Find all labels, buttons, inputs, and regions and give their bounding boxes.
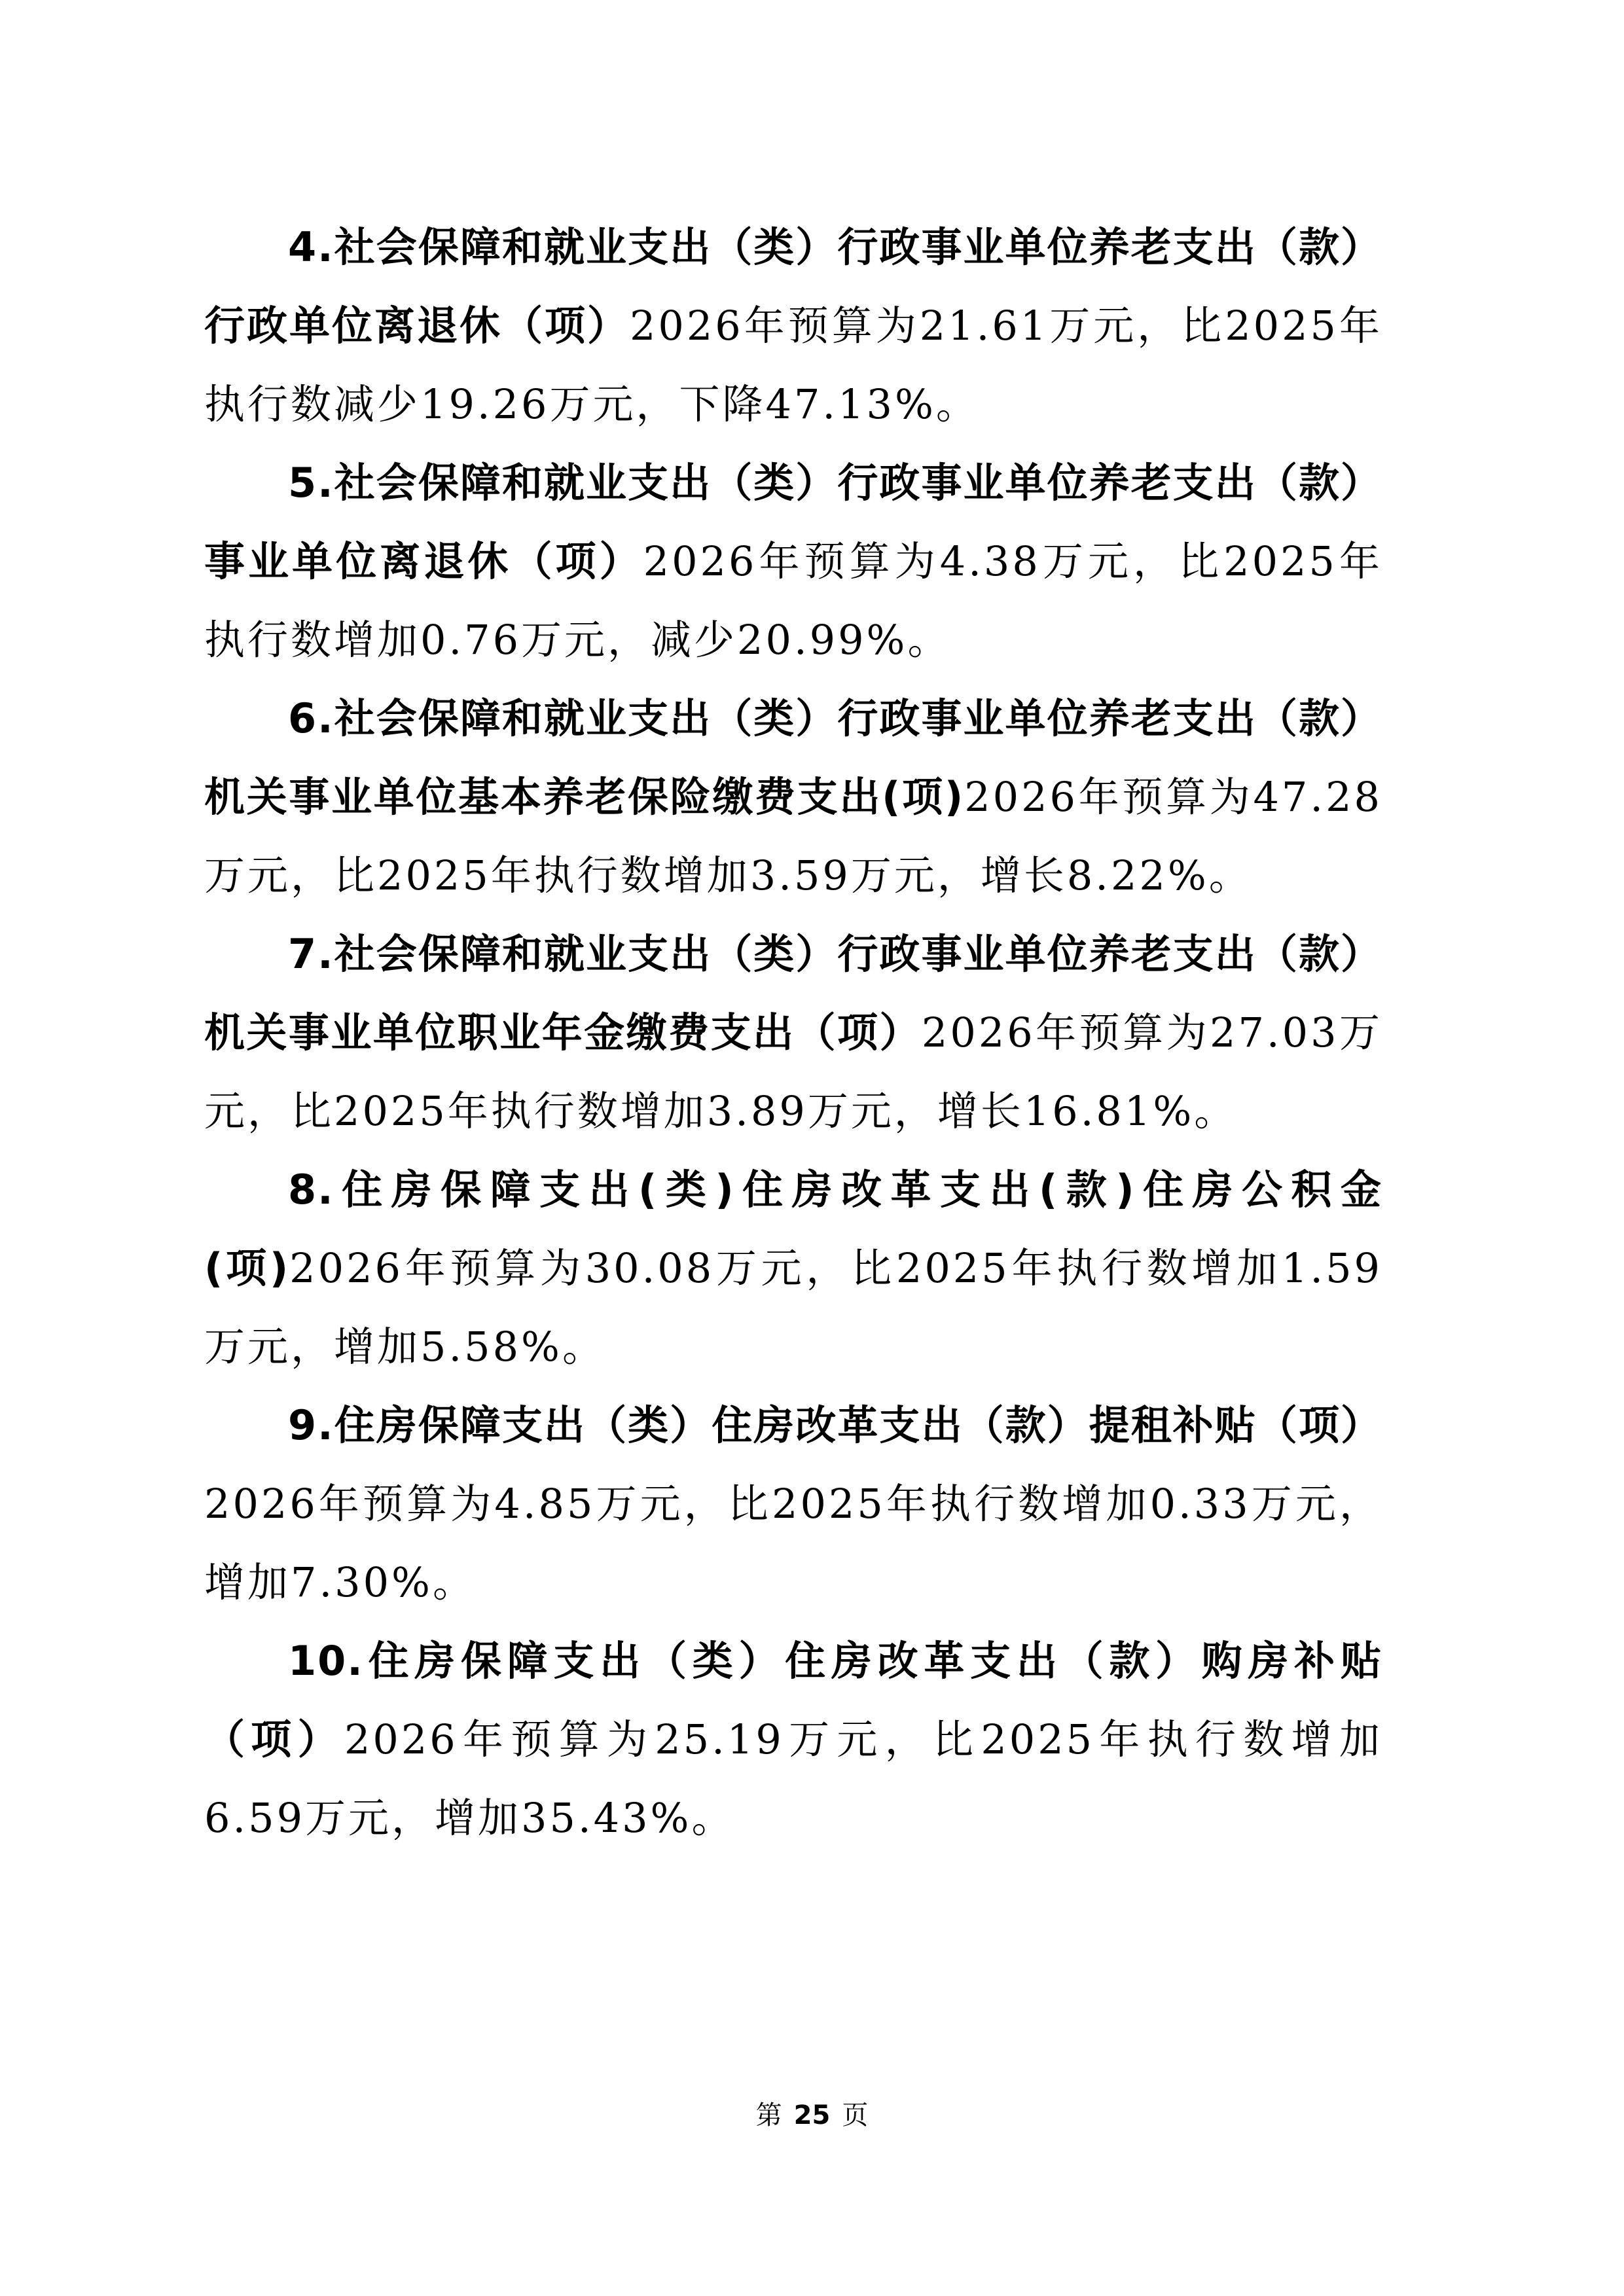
document-page: 4.社会保障和就业支出（类）行政事业单位养老支出（款）行政单位离退休（项）202… [0, 0, 1624, 2296]
page-suffix: 页 [842, 2100, 868, 2130]
paragraph-item-10: 10.住房保障支出（类）住房改革支出（款）购房补贴（项）2026年预算为25.1… [204, 1622, 1382, 1857]
paragraph-item-5: 5.社会保障和就业支出（类）行政事业单位养老支出（款）事业单位离退休（项）202… [204, 444, 1382, 679]
page-content: 4.社会保障和就业支出（类）行政事业单位养老支出（款）行政单位离退休（项）202… [204, 208, 1382, 1857]
paragraph-item-8: 8.住房保障支出(类)住房改革支出(款)住房公积金(项)2026年预算为30.0… [204, 1151, 1382, 1386]
paragraph-item-7: 7.社会保障和就业支出（类）行政事业单位养老支出（款）机关事业单位职业年金缴费支… [204, 915, 1382, 1151]
paragraph-heading: 9.住房保障支出（类）住房改革支出（款）提租补贴（项） [288, 1401, 1382, 1449]
paragraph-body: 2026年预算为4.85万元，比2025年执行数增加0.33万元，增加7.30%… [204, 1480, 1382, 1606]
paragraph-body: 2026年预算为25.19万元，比2025年执行数增加6.59万元，增加35.4… [204, 1715, 1382, 1842]
paragraph-item-6: 6.社会保障和就业支出（类）行政事业单位养老支出（款）机关事业单位基本养老保险缴… [204, 679, 1382, 915]
paragraph-item-9: 9.住房保障支出（类）住房改革支出（款）提租补贴（项）2026年预算为4.85万… [204, 1386, 1382, 1622]
page-prefix: 第 [756, 2100, 782, 2130]
paragraph-body: 2026年预算为30.08万元，比2025年执行数增加1.59万元，增加5.58… [204, 1244, 1382, 1371]
page-number: 25 [794, 2100, 831, 2130]
paragraph-item-4: 4.社会保障和就业支出（类）行政事业单位养老支出（款）行政单位离退休（项）202… [204, 208, 1382, 444]
page-footer: 第25页 [0, 2094, 1624, 2132]
